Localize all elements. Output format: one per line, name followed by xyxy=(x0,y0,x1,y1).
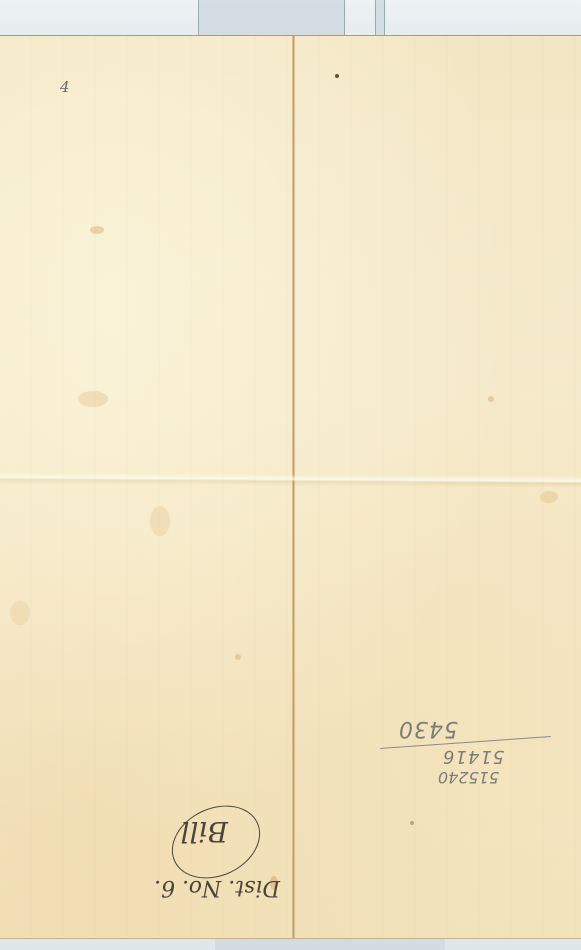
docket-title: Bill xyxy=(181,815,228,848)
pencil-calculation: 515240 51416 5430 xyxy=(380,693,555,793)
scanner-clip-top-edge xyxy=(375,0,385,35)
stain xyxy=(235,654,241,660)
scanner-clip-top xyxy=(198,0,345,35)
stain xyxy=(78,391,108,407)
stain xyxy=(150,506,170,536)
pencil-note-line: 5430 xyxy=(398,716,458,741)
stain xyxy=(540,491,558,503)
pencil-note-line: 515240 xyxy=(438,768,499,787)
stain xyxy=(90,226,104,234)
stain xyxy=(335,74,339,78)
document-page: 4 515240 51416 5430 Dist. No. 6. Bill xyxy=(0,35,581,939)
stain xyxy=(488,396,494,402)
pencil-note-line: 51416 xyxy=(442,746,504,767)
docket-district: Dist. No. 6. xyxy=(154,875,280,900)
stain xyxy=(410,821,414,825)
page-number: 4 xyxy=(60,78,70,96)
docket-endorsement: Dist. No. 6. Bill xyxy=(88,796,298,906)
stain xyxy=(10,601,30,625)
